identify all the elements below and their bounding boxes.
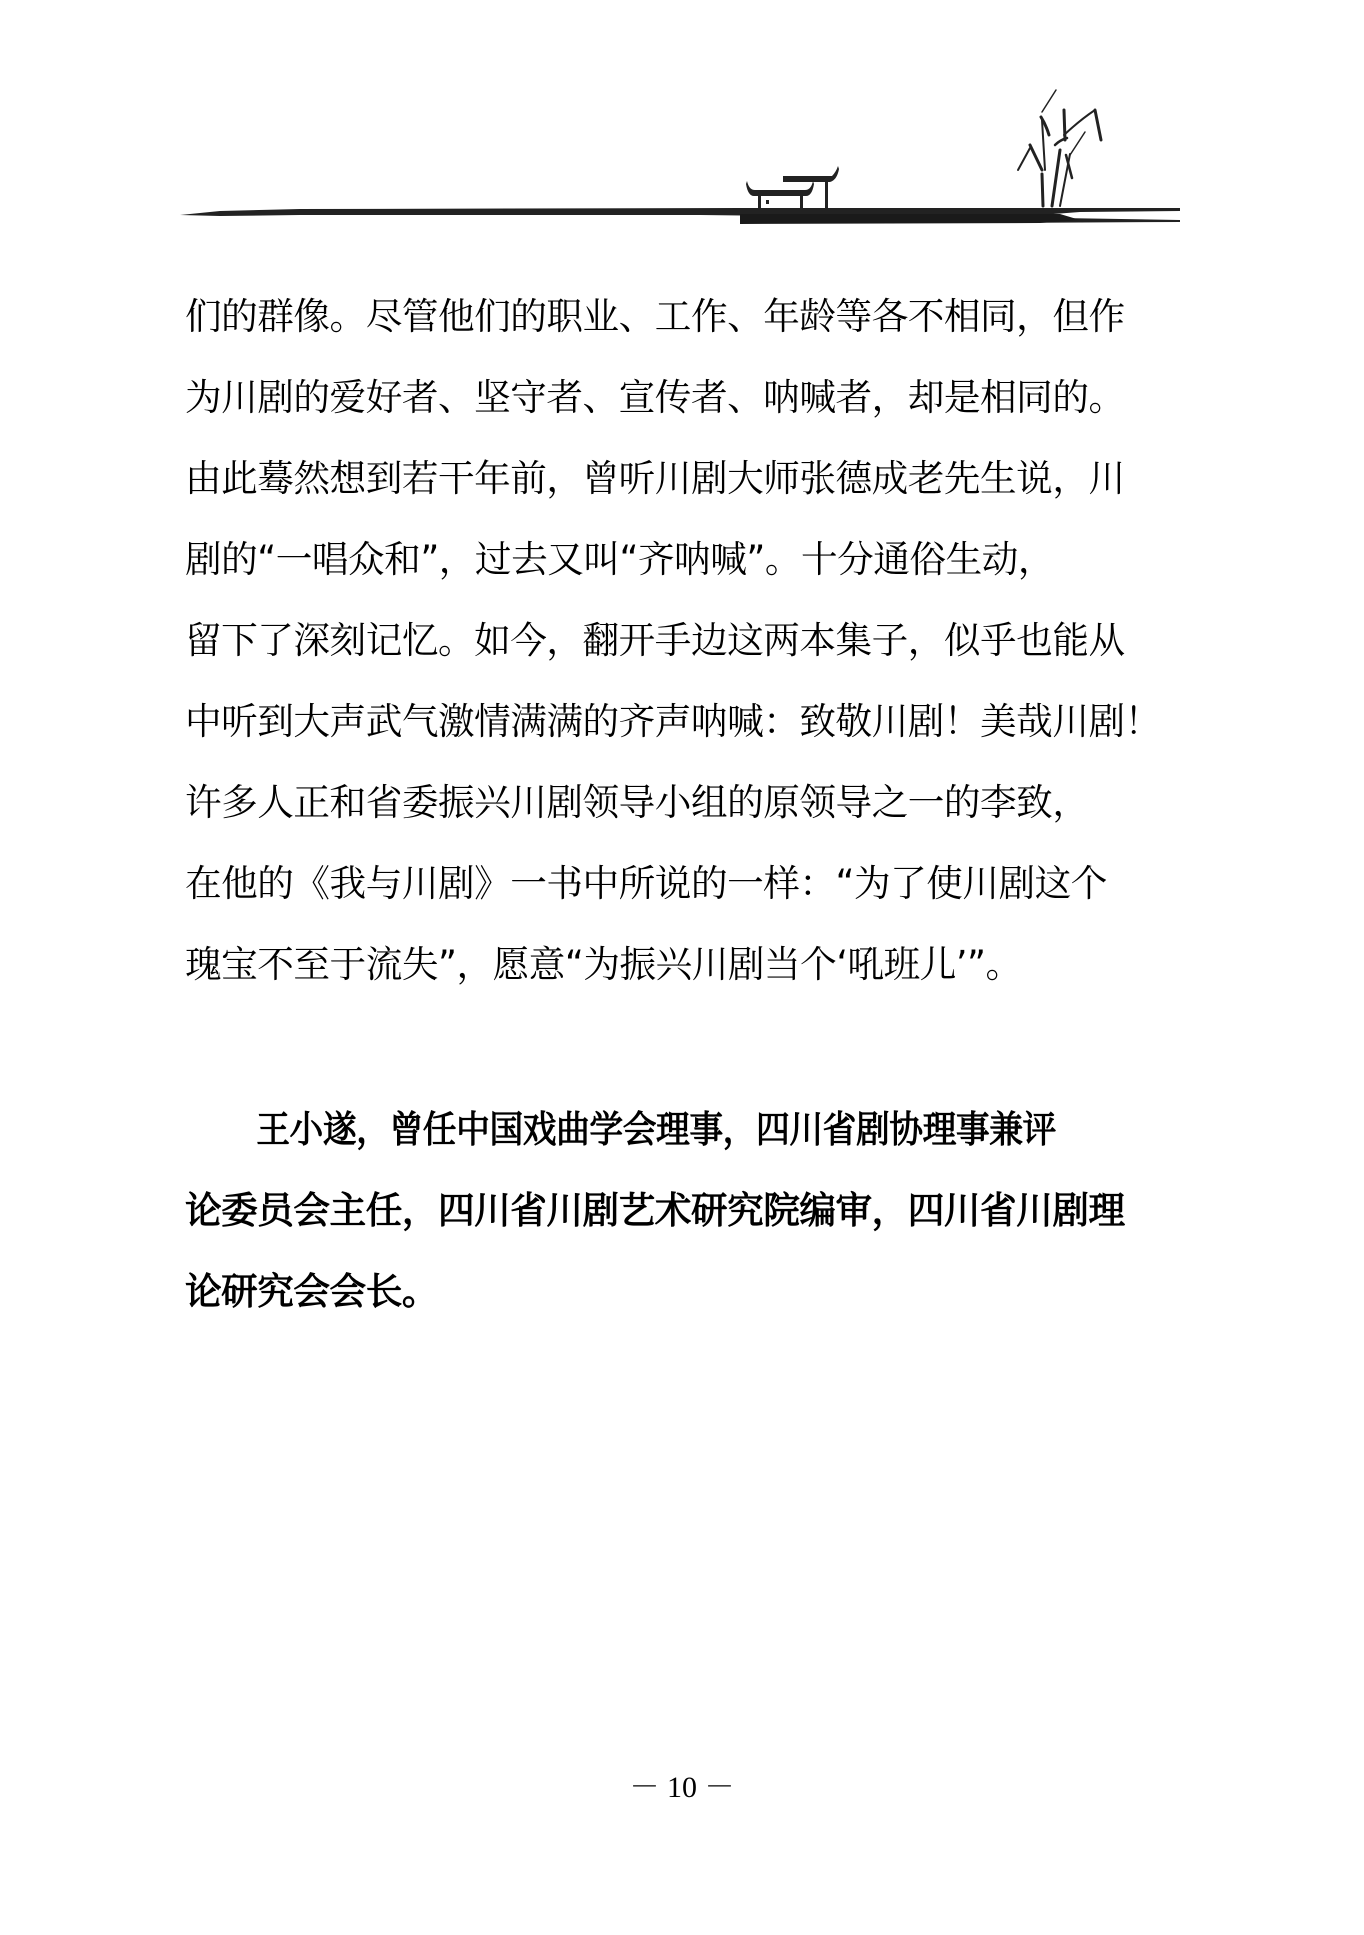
body-line: 在他的《我与川剧》一书中所说的一样：“为了使川剧这个 (185, 863, 1185, 944)
header-ornament (180, 80, 1190, 230)
body-line: 瑰宝不至于流失”，愿意“为振兴川剧当个‘吼班儿’”。 (185, 944, 1185, 1025)
body-line: 许多人正和省委振兴川剧领导小组的原领导之一的李致， (185, 782, 1185, 863)
page-number: － 10 － (0, 1762, 1364, 1806)
author-bio: 王小遂，曾任中国戏曲学会理事，四川省剧协理事兼评 论委员会主任，四川省川剧艺术研… (185, 1109, 1195, 1352)
ink-brush-line-icon (180, 208, 1180, 224)
body-line: 中听到大声武气激情满满的齐声呐喊：致敬川剧！美哉川剧！ (185, 701, 1185, 782)
body-line: 们的群像。尽管他们的职业、工作、年龄等各不相同，但作 (185, 296, 1185, 377)
body-line: 为川剧的爱好者、坚守者、宣传者、呐喊者，却是相同的。 (185, 377, 1185, 458)
body-line: 由此蓦然想到若干年前，曾听川剧大师张德成老先生说，川 (185, 458, 1185, 539)
pavilion-icon (746, 166, 839, 210)
body-paragraph: 们的群像。尽管他们的职业、工作、年龄等各不相同，但作 为川剧的爱好者、坚守者、宣… (185, 296, 1195, 1025)
body-line: 留下了深刻记忆。如今，翻开手边这两本集子，似乎也能从 (185, 620, 1185, 701)
author-bio-line: 论委员会主任，四川省川剧艺术研究院编审，四川省川剧理 (185, 1190, 1185, 1271)
author-bio-line: 王小遂，曾任中国戏曲学会理事，四川省剧协理事兼评 (185, 1109, 1107, 1190)
bamboo-icon (1018, 90, 1101, 206)
body-line: 剧的“一唱众和”，过去又叫“齐呐喊”。十分通俗生动， (185, 539, 1185, 620)
author-bio-line: 论研究会会长。 (185, 1271, 1185, 1352)
